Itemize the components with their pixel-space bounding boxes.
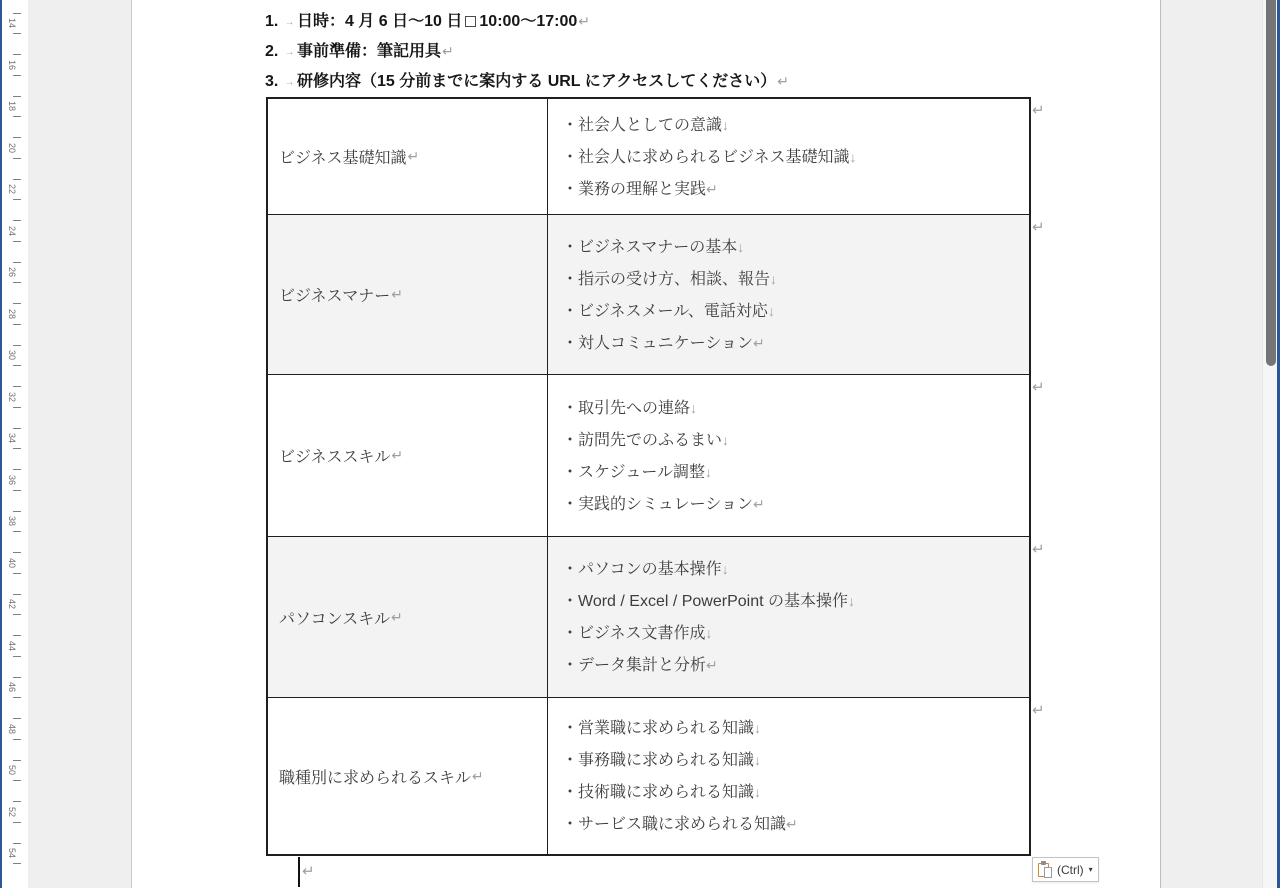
window-left-border xyxy=(0,0,2,888)
bullet-line: ・業務の理解と実践↵ xyxy=(562,173,1029,205)
paragraph-mark: ↵ xyxy=(391,286,403,303)
ruler-number: 22 xyxy=(6,180,18,198)
bullet-text: ・パソコンの基本操作 xyxy=(562,561,722,578)
ruler-number: 46 xyxy=(6,678,18,696)
list-item[interactable]: 3.→研修内容（15 分前までに案内する URL にアクセスしてください）↵ xyxy=(265,66,1045,96)
paragraph-mark: ↵ xyxy=(408,148,420,165)
paragraph-mark: ↵ xyxy=(442,43,454,59)
ruler-tick xyxy=(13,386,21,387)
category-label: 職種別に求められるスキル xyxy=(279,765,471,788)
paragraph-mark: ↵ xyxy=(472,768,484,785)
bullet-text: ・ビジネス文書作成 xyxy=(562,625,706,642)
bullet-text: ・業務の理解と実践 xyxy=(562,181,706,198)
line-break-mark: ↓ xyxy=(722,561,729,577)
table-cell-items[interactable]: ・パソコンの基本操作↓・Word / Excel / PowerPoint の基… xyxy=(548,537,1029,697)
paste-options-button[interactable]: (Ctrl) ▾ xyxy=(1032,857,1099,882)
paragraph-mark: ↵ xyxy=(777,73,789,89)
bullet-line: ・Word / Excel / PowerPoint の基本操作↓ xyxy=(562,585,1029,617)
line-break-mark: ↓ xyxy=(754,784,761,800)
row-end-paragraph-mark: ↵ xyxy=(1032,218,1045,236)
bullet-line: ・実践的シミュレーション↵ xyxy=(562,488,1029,520)
ruler-tick xyxy=(13,303,21,304)
scrollbar-thumb[interactable] xyxy=(1266,0,1276,366)
ruler-number: 16 xyxy=(6,56,18,74)
line-break-mark: ↓ xyxy=(768,303,775,319)
ruler-number: 28 xyxy=(6,305,18,323)
category-label: ビジネス基礎知識 xyxy=(279,145,407,168)
ruler-number: 38 xyxy=(6,512,18,530)
bullet-text: ・事務職に求められる知識 xyxy=(562,752,754,769)
bullet-text: ・技術職に求められる知識 xyxy=(562,784,754,801)
paragraph-mark-after-table: ↵ xyxy=(302,862,315,880)
bullet-line: ・データ集計と分析↵ xyxy=(562,649,1029,681)
ruler-tick xyxy=(13,739,21,740)
bullet-line: ・パソコンの基本操作↓ xyxy=(562,553,1029,585)
table-cell-items[interactable]: ・社会人としての意識↓・社会人に求められるビジネス基礎知識↓・業務の理解と実践↵ xyxy=(548,99,1029,214)
paragraph-mark: ↵ xyxy=(753,335,765,351)
list-item[interactable]: 2.→事前準備：筆記用具↵ xyxy=(265,36,1045,66)
bullet-text: ・ビジネスマナーの基本 xyxy=(562,239,737,256)
ruler-tick xyxy=(13,75,21,76)
ruler-number: 34 xyxy=(6,429,18,447)
training-table: ビジネス基礎知識↵・社会人としての意識↓・社会人に求められるビジネス基礎知識↓・… xyxy=(266,97,1031,856)
document-page[interactable]: 1.→日時：4 月 6 日～10 日10:00～17:00↵2.→事前準備：筆記… xyxy=(131,0,1161,888)
paragraph-mark: ↵ xyxy=(578,13,590,29)
bullet-text: ・サービス職に求められる知識 xyxy=(562,816,786,833)
list-item-number: 3. xyxy=(265,67,282,97)
table-cell-items[interactable]: ・営業職に求められる知識↓・事務職に求められる知識↓・技術職に求められる知識↓・… xyxy=(548,698,1029,854)
ruler-tick xyxy=(13,656,21,657)
ruler-number: 52 xyxy=(6,803,18,821)
ruler-tick xyxy=(13,531,21,532)
ruler-tick xyxy=(13,614,21,615)
line-break-mark: ↓ xyxy=(850,149,857,165)
ruler-tick xyxy=(13,780,21,781)
ruler-tick xyxy=(13,220,21,221)
ruler-tick xyxy=(13,116,21,117)
row-end-paragraph-mark: ↵ xyxy=(1032,701,1045,719)
list-item-text: 事前準備：筆記用具 xyxy=(297,43,441,60)
bullet-line: ・営業職に求められる知識↓ xyxy=(562,712,1029,744)
bullet-text: ・対人コミュニケーション xyxy=(562,335,753,352)
vertical-ruler[interactable]: 1416182022242628303234363840424446485052… xyxy=(2,0,28,888)
ruler-number: 42 xyxy=(6,595,18,613)
ruler-number: 44 xyxy=(6,637,18,655)
ruler-tick xyxy=(13,573,21,574)
paragraph-mark: ↵ xyxy=(753,496,765,512)
bullet-text: ・訪問先でのふるまい xyxy=(562,432,722,449)
table-cell-category[interactable]: 職種別に求められるスキル↵ xyxy=(268,698,548,854)
table-cell-category[interactable]: ビジネスマナー↵ xyxy=(268,215,548,374)
list-item-text: 10:00～17:00 xyxy=(479,13,577,30)
numbered-list: 1.→日時：4 月 6 日～10 日10:00～17:00↵2.→事前準備：筆記… xyxy=(265,6,1045,96)
line-break-mark: ↓ xyxy=(705,464,712,480)
category-label: ビジネスマナー xyxy=(279,283,390,306)
ruler-tick xyxy=(13,469,21,470)
list-item-text: 日時：4 月 6 日～10 日 xyxy=(297,13,462,30)
ruler-tick xyxy=(13,54,21,55)
category-label: パソコンスキル xyxy=(279,606,390,629)
ruler-tick xyxy=(13,282,21,283)
bullet-line: ・社会人に求められるビジネス基礎知識↓ xyxy=(562,141,1029,173)
line-break-mark: ↓ xyxy=(770,271,777,287)
bullet-line: ・事務職に求められる知識↓ xyxy=(562,744,1029,776)
table-cell-category[interactable]: ビジネススキル↵ xyxy=(268,375,548,536)
row-end-paragraph-mark: ↵ xyxy=(1032,101,1045,119)
line-break-mark: ↓ xyxy=(754,720,761,736)
bullet-text: ・データ集計と分析 xyxy=(562,657,706,674)
line-break-mark: ↓ xyxy=(737,239,744,255)
table-cell-items[interactable]: ・ビジネスマナーの基本↓・指示の受け方、相談、報告↓・ビジネスメール、電話対応↓… xyxy=(548,215,1029,374)
bullet-line: ・訪問先でのふるまい↓ xyxy=(562,424,1029,456)
row-end-paragraph-mark: ↵ xyxy=(1032,378,1045,396)
bullet-text: ・Word / Excel / PowerPoint の基本操作 xyxy=(562,593,848,610)
ruler-tick xyxy=(13,241,21,242)
text-cursor xyxy=(298,857,300,887)
bullet-text: ・社会人としての意識 xyxy=(562,117,722,134)
ruler-number: 30 xyxy=(6,346,18,364)
ruler-tick xyxy=(13,822,21,823)
ruler-number: 40 xyxy=(6,554,18,572)
ruler-tick xyxy=(13,801,21,802)
line-break-mark: ↓ xyxy=(722,432,729,448)
list-item-number: 2. xyxy=(265,37,282,67)
bullet-line: ・サービス職に求められる知識↵ xyxy=(562,808,1029,840)
bullet-text: ・実践的シミュレーション xyxy=(562,496,753,513)
paragraph-mark: ↵ xyxy=(706,181,718,197)
paste-button-label: (Ctrl) xyxy=(1057,863,1084,877)
bullet-line: ・取引先への連絡↓ xyxy=(562,392,1029,424)
bullet-text: ・社会人に求められるビジネス基礎知識 xyxy=(562,149,850,166)
category-label: ビジネススキル xyxy=(279,444,390,467)
clipboard-paste-icon xyxy=(1038,861,1053,878)
tab-character-mark: → xyxy=(282,38,297,68)
ruler-number: 50 xyxy=(6,761,18,779)
bullet-text: ・ビジネスメール、電話対応 xyxy=(562,303,768,320)
ruler-number: 18 xyxy=(6,97,18,115)
ruler-number: 26 xyxy=(6,263,18,281)
ruler-tick xyxy=(13,33,21,34)
line-break-mark: ↓ xyxy=(722,117,729,133)
ruler-tick xyxy=(13,635,21,636)
bullet-text: ・指示の受け方、相談、報告 xyxy=(562,271,770,288)
table-row[interactable]: ビジネススキル↵・取引先への連絡↓・訪問先でのふるまい↓・スケジュール調整↓・実… xyxy=(268,374,1029,536)
ruler-number: 32 xyxy=(6,388,18,406)
bullet-line: ・対人コミュニケーション↵ xyxy=(562,327,1029,359)
ruler-number: 24 xyxy=(6,222,18,240)
ruler-number: 14 xyxy=(6,14,18,32)
tab-character-mark: → xyxy=(282,68,297,98)
line-break-mark: ↓ xyxy=(848,593,855,609)
table-cell-items[interactable]: ・取引先への連絡↓・訪問先でのふるまい↓・スケジュール調整↓・実践的シミュレーシ… xyxy=(548,375,1029,536)
ruler-number: 54 xyxy=(6,844,18,862)
bullet-line: ・技術職に求められる知識↓ xyxy=(562,776,1029,808)
tab-character-mark: → xyxy=(282,8,297,38)
vertical-scrollbar[interactable] xyxy=(1262,0,1277,888)
ruler-tick xyxy=(13,365,21,366)
table-cell-category[interactable]: パソコンスキル↵ xyxy=(268,537,548,697)
fullwidth-space-mark xyxy=(465,16,476,27)
bullet-line: ・指示の受け方、相談、報告↓ xyxy=(562,263,1029,295)
bullet-text: ・スケジュール調整 xyxy=(562,464,705,481)
ruler-tick xyxy=(13,697,21,698)
bullet-line: ・ビジネスメール、電話対応↓ xyxy=(562,295,1029,327)
paragraph-mark: ↵ xyxy=(706,657,718,673)
paragraph-mark: ↵ xyxy=(786,816,798,832)
table-row[interactable]: ビジネスマナー↵・ビジネスマナーの基本↓・指示の受け方、相談、報告↓・ビジネスメ… xyxy=(268,214,1029,374)
line-break-mark: ↓ xyxy=(690,400,697,416)
bullet-line: ・社会人としての意識↓ xyxy=(562,109,1029,141)
list-item-text: 研修内容（15 分前までに案内する URL にアクセスしてください） xyxy=(297,73,776,90)
bullet-text: ・営業職に求められる知識 xyxy=(562,720,754,737)
ruler-tick xyxy=(13,490,21,491)
line-break-mark: ↓ xyxy=(754,752,761,768)
table-row[interactable]: ビジネス基礎知識↵・社会人としての意識↓・社会人に求められるビジネス基礎知識↓・… xyxy=(268,99,1029,214)
ruler-tick xyxy=(13,407,21,408)
table-cell-category[interactable]: ビジネス基礎知識↵ xyxy=(268,99,548,214)
table-row[interactable]: 職種別に求められるスキル↵・営業職に求められる知識↓・事務職に求められる知識↓・… xyxy=(268,697,1029,854)
bullet-line: ・スケジュール調整↓ xyxy=(562,456,1029,488)
row-end-paragraph-mark: ↵ xyxy=(1032,540,1045,558)
word-document-view: 1416182022242628303234363840424446485052… xyxy=(0,0,1280,888)
paragraph-mark: ↵ xyxy=(391,609,403,626)
ruler-tick xyxy=(13,324,21,325)
ruler-tick xyxy=(13,158,21,159)
list-item[interactable]: 1.→日時：4 月 6 日～10 日10:00～17:00↵ xyxy=(265,6,1045,36)
bullet-line: ・ビジネス文書作成↓ xyxy=(562,617,1029,649)
ruler-tick xyxy=(13,137,21,138)
chevron-down-icon[interactable]: ▾ xyxy=(1089,865,1093,874)
table-row[interactable]: パソコンスキル↵・パソコンの基本操作↓・Word / Excel / Power… xyxy=(268,536,1029,697)
ruler-number: 20 xyxy=(6,139,18,157)
bullet-line: ・ビジネスマナーの基本↓ xyxy=(562,231,1029,263)
bullet-text: ・取引先への連絡 xyxy=(562,400,690,417)
ruler-tick xyxy=(13,199,21,200)
ruler-tick xyxy=(13,448,21,449)
ruler-number: 36 xyxy=(6,471,18,489)
ruler-number: 48 xyxy=(6,720,18,738)
line-break-mark: ↓ xyxy=(706,625,713,641)
ruler-tick xyxy=(13,718,21,719)
ruler-tick xyxy=(13,863,21,864)
paragraph-mark: ↵ xyxy=(391,447,403,464)
ruler-tick xyxy=(13,552,21,553)
list-item-number: 1. xyxy=(265,7,282,37)
